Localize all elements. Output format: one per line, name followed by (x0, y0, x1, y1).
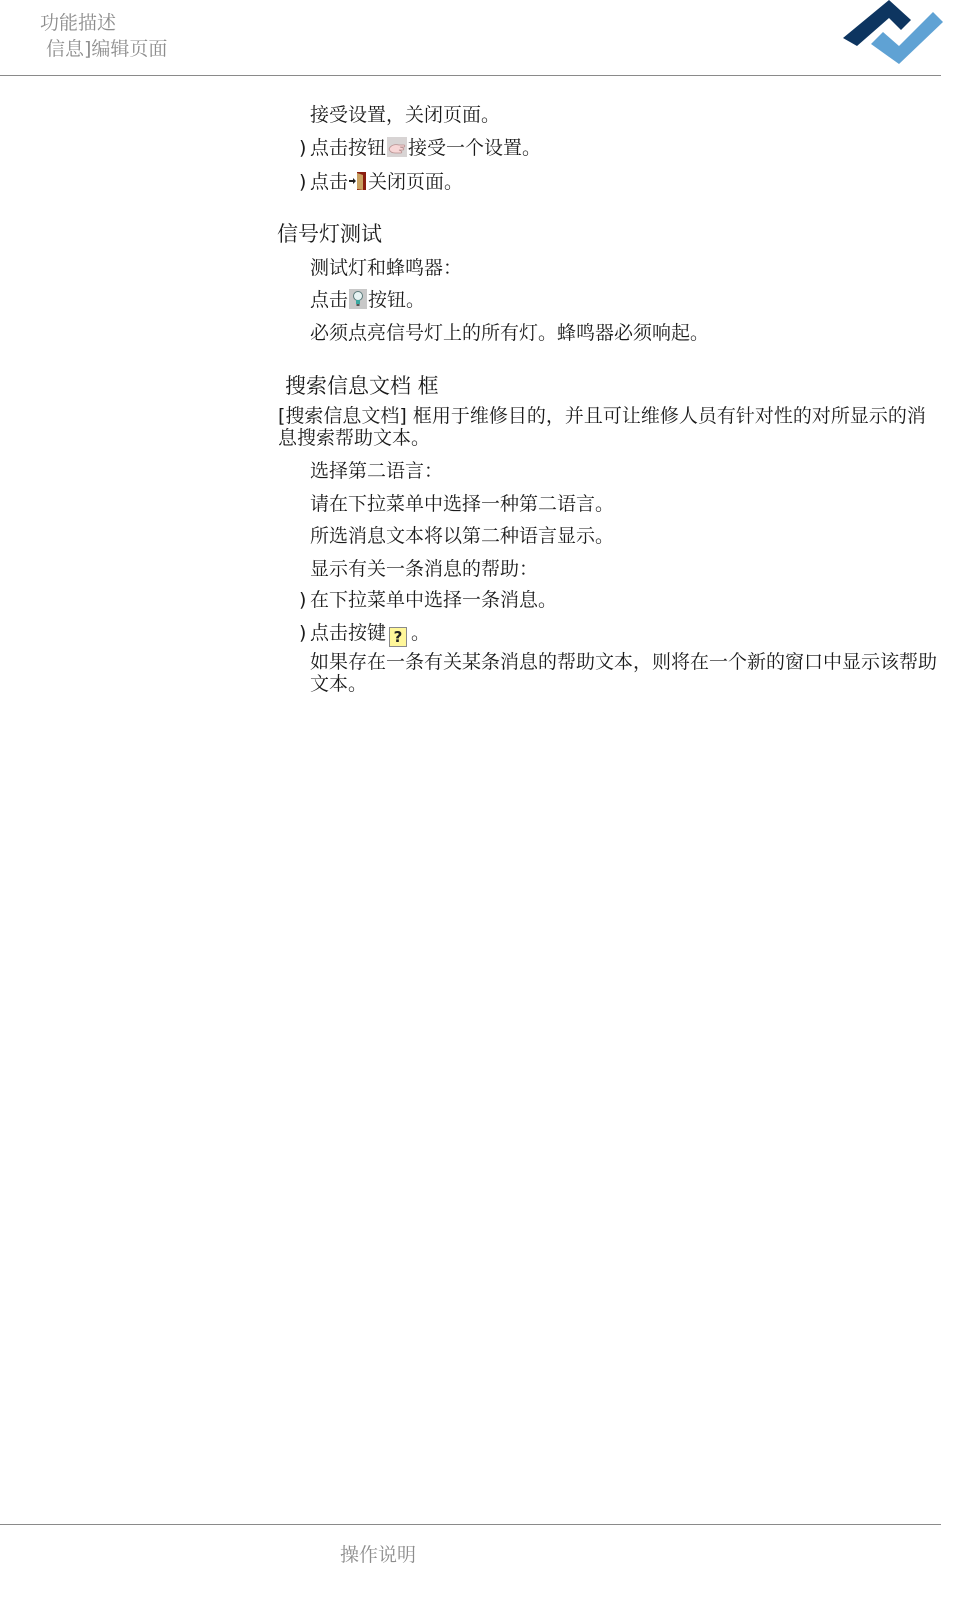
footer-divider (0, 1524, 941, 1525)
exit-door-icon (349, 171, 367, 191)
step-text-before: 点击 (310, 289, 348, 311)
step-close-page: )点击关闭页面。 (299, 171, 463, 194)
signal-test-step: 点击按钮。 (310, 289, 425, 312)
step-select-message: )在下拉菜单中选择一条消息。 (299, 589, 557, 612)
message-help-result: 如果存在一条有关某条消息的帮助文本，则将在一个新的窗口中显示该帮助文本。 (310, 651, 940, 695)
step-text-after: 关闭页面。 (368, 171, 463, 193)
footer-manual-title: 操作说明 (340, 1542, 416, 1568)
step-click-help-key: )点击按键?。 (299, 622, 430, 647)
section-heading-search-doc: 搜索信息文档 框 (285, 373, 439, 399)
header-divider (0, 75, 941, 76)
step-text-before: 点击按钮 (310, 137, 386, 159)
light-bulb-icon (349, 289, 367, 309)
step-marker: ) (299, 171, 310, 194)
step-marker: ) (299, 622, 310, 645)
message-help-intro: 显示有关一条消息的帮助： (310, 558, 538, 581)
hand-icon (387, 137, 407, 157)
header-chapter-title: 功能描述 (40, 10, 116, 36)
step-marker: ) (299, 137, 310, 160)
step-text-before: 点击按键 (310, 622, 386, 644)
step-text: 在下拉菜单中选择一条消息。 (310, 589, 557, 611)
step-text-after: 按钮。 (368, 289, 425, 311)
accept-close-intro: 接受设置，关闭页面。 (310, 104, 500, 127)
help-question-icon: ? (389, 627, 407, 647)
step-text-before: 点击 (310, 171, 348, 193)
second-language-intro: 选择第二语言： (310, 460, 443, 483)
step-text-after: 。 (411, 622, 430, 644)
second-language-result: 所选消息文本将以第二种语言显示。 (310, 525, 614, 548)
signal-test-result: 必须点亮信号灯上的所有灯。蜂鸣器必须响起。 (310, 322, 709, 345)
section-heading-signal-test: 信号灯测试 (277, 221, 382, 247)
header-section-subtitle: 信息]编辑页面 (46, 36, 167, 62)
brand-logo-icon (843, 0, 943, 64)
step-marker: ) (299, 589, 310, 612)
signal-test-intro: 测试灯和蜂鸣器： (310, 257, 462, 280)
step-accept-setting: )点击按钮接受一个设置。 (299, 137, 541, 160)
second-language-step: 请在下拉菜单中选择一种第二语言。 (310, 493, 614, 516)
search-doc-description: [搜索信息文档] 框用于维修目的，并且可让维修人员有针对性的对所显示的消息搜索帮… (278, 405, 940, 449)
step-text-after: 接受一个设置。 (408, 137, 541, 159)
